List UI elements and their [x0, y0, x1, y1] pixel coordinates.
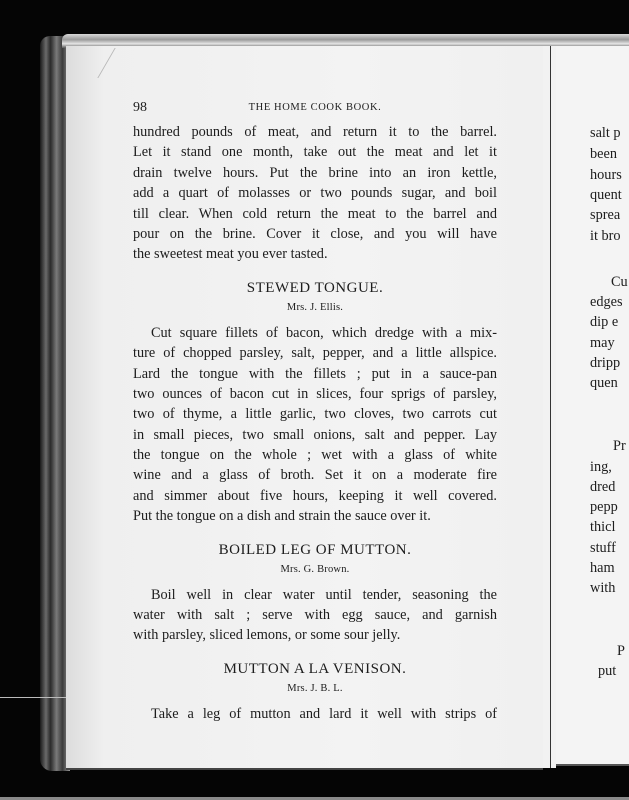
text-line: wine and a glass of broth. Set it on a m… [133, 465, 497, 485]
text-line: add a quart of molasses or two pounds su… [133, 183, 497, 203]
fragment-line: ham [590, 558, 615, 578]
book-title-header: THE HOME COOK BOOK. [133, 102, 497, 113]
fragment-line: thicl [590, 517, 615, 537]
recipe-author: Mrs. J. Ellis. [133, 299, 497, 317]
text-line: Take a leg of mutton and lard it well wi… [133, 704, 497, 724]
text-line: Cut square fillets of bacon, which dredg… [133, 323, 497, 343]
text-line: and simmer about five hours, keeping it … [133, 486, 497, 506]
fragment-line: put [598, 661, 616, 681]
gutter-line [550, 46, 551, 768]
text-line: the tongue on the whole ; wet with a gla… [133, 445, 497, 465]
fragment-line: salt p [590, 123, 621, 143]
continued-paragraph: hundred pounds of meat, and return it to… [133, 122, 497, 265]
fragment-line: hours [590, 165, 622, 185]
fragment-line: Pr [613, 436, 626, 456]
text-line: hundred pounds of meat, and return it to… [133, 122, 497, 142]
fragment-line: P [617, 641, 625, 661]
text-line: the sweetest meat you ever tasted. [133, 244, 497, 264]
recipe-boiled-leg-of-mutton: BOILED LEG OF MUTTON. Mrs. G. Brown. Boi… [133, 539, 497, 646]
fragment-line: edges [590, 292, 623, 312]
text-line: pour on the brine. Cover it close, and y… [133, 224, 497, 244]
text-line: Lard the tongue with the fillets ; put i… [133, 364, 497, 384]
text-line: two of thyme, a little garlic, two clove… [133, 404, 497, 424]
fragment-line: dip e [590, 312, 618, 332]
text-line: till clear. When cold return the meat to… [133, 204, 497, 224]
text-line: Put the tongue on a dish and strain the … [133, 506, 497, 526]
right-page-text-fragments: salt p been hours quent sprea it bro Cu … [590, 0, 629, 800]
text-line: in small pieces, two small onions, salt … [133, 425, 497, 445]
recipe-stewed-tongue: STEWED TONGUE. Mrs. J. Ellis. Cut square… [133, 277, 497, 527]
running-head: 98 THE HOME COOK BOOK. [133, 100, 497, 122]
recipe-title: MUTTON A LA VENISON. [133, 658, 497, 680]
fragment-line: dred [590, 477, 615, 497]
fragment-line: pepp [590, 497, 618, 517]
fragment-line: ing, [590, 457, 612, 477]
recipe-mutton-a-la-venison: MUTTON A LA VENISON. Mrs. J. B. L. Take … [133, 658, 497, 724]
fragment-line: may [590, 333, 615, 353]
recipe-author: Mrs. G. Brown. [133, 561, 497, 579]
fragment-line: Cu [611, 272, 628, 292]
fragment-line: with [590, 578, 615, 598]
fragment-line: quen [590, 373, 618, 393]
recipe-title: BOILED LEG OF MUTTON. [133, 539, 497, 561]
text-line: with parsley, sliced lemons, or some sou… [133, 625, 497, 645]
recipe-author: Mrs. J. B. L. [133, 680, 497, 698]
text-line: Let it stand one month, take out the mea… [133, 142, 497, 162]
text-line: Boil well in clear water until tender, s… [133, 585, 497, 605]
fragment-line: it bro [590, 226, 621, 246]
text-line: water with salt ; serve with egg sauce, … [133, 605, 497, 625]
text-line: drain twelve hours. Put the brine into a… [133, 163, 497, 183]
fragment-line: stuff [590, 538, 616, 558]
fragment-line: sprea [590, 205, 620, 225]
fragment-line: dripp [590, 353, 620, 373]
recipe-title: STEWED TONGUE. [133, 277, 497, 299]
scan-artifact-line [0, 697, 66, 698]
text-line: ture of chopped parsley, salt, pepper, a… [133, 343, 497, 363]
left-page-text: 98 THE HOME COOK BOOK. hundred pounds of… [133, 100, 497, 724]
fragment-line: quent [590, 185, 622, 205]
fragment-line: been [590, 144, 617, 164]
scanned-book-spread: 98 THE HOME COOK BOOK. hundred pounds of… [0, 0, 629, 800]
text-line: two ounces of bacon cut in slices, four … [133, 384, 497, 404]
